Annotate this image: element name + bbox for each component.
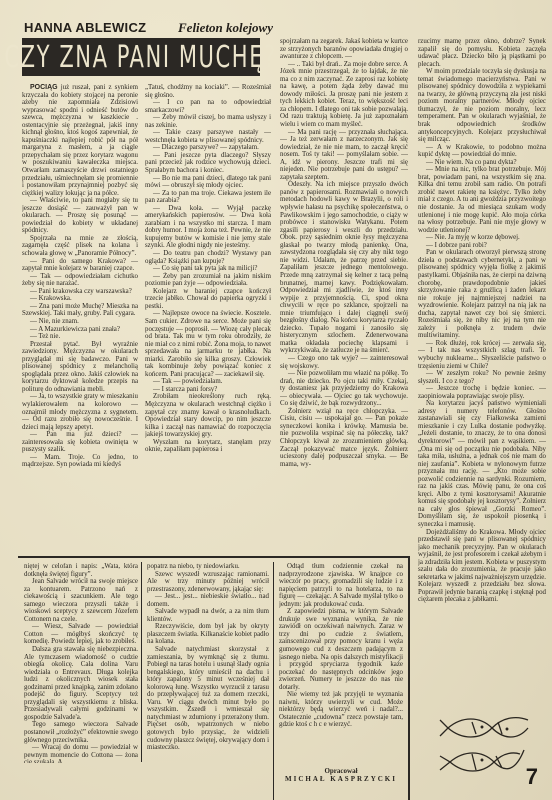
column-divider [273, 562, 274, 800]
paragraph: Nie wiemy też jak przyjęli te wyznania n… [279, 691, 403, 729]
feuilleton-column-3: spojrzałam na zegarek. Jakaś kobieta w k… [280, 38, 408, 550]
paragraph: — Żeby mówił ciszej, bo mama usłyszy i n… [145, 114, 271, 129]
box-top-rule [18, 556, 410, 558]
lead-word: POCIĄG [30, 84, 58, 91]
paragraph: — Rok dłużej, rok krócej — zerwała się, … [418, 340, 546, 370]
paragraph: — Dwa koła. — Wyjął paczkę amerykańskich… [145, 205, 271, 250]
fish-illustration-icon [432, 712, 532, 782]
paragraph: — Co się pani tak pyta jak na milicji? [145, 265, 271, 273]
boxed-column-2: popatrz na niebo, ty niedowiarku.Szewc w… [147, 563, 269, 763]
paragraph: rzucimy mamę przez okno, dobrze? Synek z… [418, 38, 546, 68]
paragraph: — Pan ma już dzieci? — zainteresowała si… [22, 431, 138, 454]
page-number: 7 [526, 764, 538, 790]
paragraph: „Tatuś, chodźmy na kociaki”. — Roześmiał… [145, 84, 271, 99]
paragraph: Salvade natychmiast skorzystał z zamiesz… [147, 646, 269, 752]
paragraph: Jean Salvade wrócił na swoje miejsce za … [24, 578, 138, 623]
paragraph: — Wiesz, Salvade — powiedział Cotton — m… [24, 623, 138, 646]
feuilleton-column-1: POCIĄG już ruszał, pani z synkiem krzycz… [22, 84, 138, 550]
paragraph: Salvade wypadł na dwór, a za nim tłum kl… [147, 608, 269, 623]
box-right-rule [408, 556, 410, 800]
paragraph: — Nie wiem. Na co panu dykta? [418, 159, 546, 167]
paragraph: Odtąd tłum codziennie czekał na nadprzyr… [279, 563, 403, 608]
paragraph: — Czego ono tak wyje? — zainteresował si… [280, 355, 408, 370]
paragraph: Wyszłam na korytarz, stanęłam przy oknie… [145, 439, 271, 454]
paragraph: — Nie pozwoliłam mu włazić na półkę. To … [280, 370, 408, 408]
paragraph: Na korytarzu jacyś państwo wymieniali ad… [418, 400, 546, 528]
paragraph: spojrzałam na zegarek. Jakaś kobieta w k… [280, 38, 408, 61]
paragraph: — A w Krakowie, to podobno można kupić d… [418, 144, 546, 159]
paragraph: — Jest... jest... niebieskie światło... … [147, 593, 269, 608]
paragraph: Dalsza gra stawała się niebezpieczna. Al… [24, 646, 138, 721]
paragraph: — Bo nie ma pani dzieci, dlatego tak pan… [145, 175, 271, 190]
article-title: CZY ZNA PANI MUCHĘ? [5, 40, 277, 75]
rubric-label: Felieton kolejowy [178, 20, 273, 36]
paragraph: — Najlepsze owoce na świecie. Kosztele. … [145, 310, 271, 378]
signature: Opracował MICHAŁ KASPRZYCKI [279, 767, 403, 783]
paragraph: — W zeszłym roku? No pewnie żeśmy słysze… [418, 370, 546, 385]
signature-label: Opracował [279, 767, 403, 775]
paragraph: — Nie, nie znam. [22, 318, 138, 326]
paragraph: — Wracaj do domu — powiedział w pewnym m… [24, 744, 138, 763]
paragraph: — Za to pan ma troje. Ciekawa jestem ile… [145, 190, 271, 205]
paragraph: Tego samego wieczora Salvade postanowił … [24, 721, 138, 744]
paragraph: — A Mazurkiewicza pani znała? [22, 326, 138, 334]
paragraph: niętej w celofan i napis: „Wata, która d… [24, 563, 138, 578]
paragraph: Spojrzała na mnie ze złością, zagarnęła … [22, 235, 138, 258]
paragraph: Dojeżdżaliśmy do Krakowa. Młody ojciec p… [418, 529, 546, 604]
paragraph: — Pani jeszcze pyta dlaczego? Słyszy pan… [145, 152, 271, 175]
paragraph: Z zapowiedzi pisma, w którym Salvade dru… [279, 608, 403, 691]
paragraph: — Też nie. [22, 333, 138, 341]
paragraph: popatrz na niebo, ty niedowiarku. [147, 563, 269, 571]
paragraph: — Mam. Troje. Co jedno, to mądrzejsze. S… [22, 454, 138, 469]
boxed-column-1: niętej w celofan i napis: „Wata, która d… [24, 563, 138, 763]
paragraph: — Tak — odpowiedziałam cichutko żeby się… [22, 273, 138, 288]
paragraph: — Mnie na nic, tylko brat potrzebuje. Mó… [418, 166, 546, 234]
column-divider [141, 562, 142, 762]
magazine-page: HANNA ABLEWICZ Felieton kolejowy CZY ZNA… [0, 0, 552, 800]
paragraph: — I co pan na to odpowiedział smarkaczow… [145, 99, 271, 114]
feuilleton-column-2: „Tatuś, chodźmy na kociaki”. — Roześmiał… [145, 84, 271, 550]
paragraph: — Krakowska. [22, 295, 138, 303]
author-name: HANNA ABLEWICZ [24, 20, 146, 35]
boxed-column-3: Odtąd tłum codziennie czekał na nadprzyr… [279, 563, 403, 769]
signature-name: MICHAŁ KASPRZYCKI [279, 775, 403, 783]
paragraph: Odeszły. Na ich miejsce przyszło dwóch p… [280, 181, 408, 355]
paragraph: — I starcza pani forsy? [145, 386, 271, 394]
paragraph: — Do teatru pan chodzi? Wystawy pan oglą… [145, 250, 271, 265]
paragraph: POCIĄG już ruszał, pani z synkiem krzycz… [22, 84, 138, 197]
paragraph: Pan w okularach otworzył pierwszą stronę… [418, 249, 546, 340]
paragraph: W moim przedziale toczyła się dyskusja n… [418, 68, 546, 143]
paragraph: — Ja, to wszystkie graty w mieszkaniu wy… [22, 393, 138, 431]
paragraph: — Dlaczego parszywe? — zapytałam. [145, 144, 271, 152]
paragraph: Żołnierz wziął na ręce chłopczyka. — Cis… [280, 408, 408, 468]
paragraph: — I dobrze pani robi? [418, 242, 546, 250]
paragraph: — Takie czasy parszywe nastały — westchn… [145, 129, 271, 144]
paragraph: Zrobiłam nieokreślony ruch ręką. Mężczyz… [145, 393, 271, 438]
paragraph: — Pani krakowska czy warszawska? [22, 288, 138, 296]
paragraph: Szewc wyszedł wzruszając ramionami. Ale … [147, 571, 269, 594]
paragraph: Rzeczywiście, dom był jak by okryty płas… [147, 623, 269, 646]
feuilleton-column-4: rzucimy mamę przez okno, dobrze? Synek z… [418, 38, 546, 670]
paragraph: — Ma pani rację — przyznała słuchająca. … [280, 129, 408, 182]
paragraph: — Tak — powiedziałam. [145, 378, 271, 386]
paragraph: Przestał pytać. Był wyraźnie zawiedziony… [22, 341, 138, 394]
paragraph: Kolejarz w baraniej czapce kończył trzec… [145, 288, 271, 311]
paragraph: — Właściwie, to pani mogłaby się tu jesz… [22, 197, 138, 235]
paragraph: — Pani do samego Krakowa? — zapytał mnie… [22, 258, 138, 273]
paragraph: — Nie. Ja myję w korze dębowej. [418, 234, 546, 242]
paragraph: — .. Taki był drań.. Za moje dobre serce… [280, 61, 408, 129]
paragraph: — Jeszcze trochę i będzie koniec. — zaop… [418, 385, 546, 400]
title-banner: CZY ZNA PANI MUCHĘ? [22, 38, 260, 76]
paragraph: — Żeby pan zrozumiał na jakim niskim poz… [145, 273, 271, 288]
paragraph: — Zna pani może Muchę? Mieszka na Szewsk… [22, 303, 138, 318]
